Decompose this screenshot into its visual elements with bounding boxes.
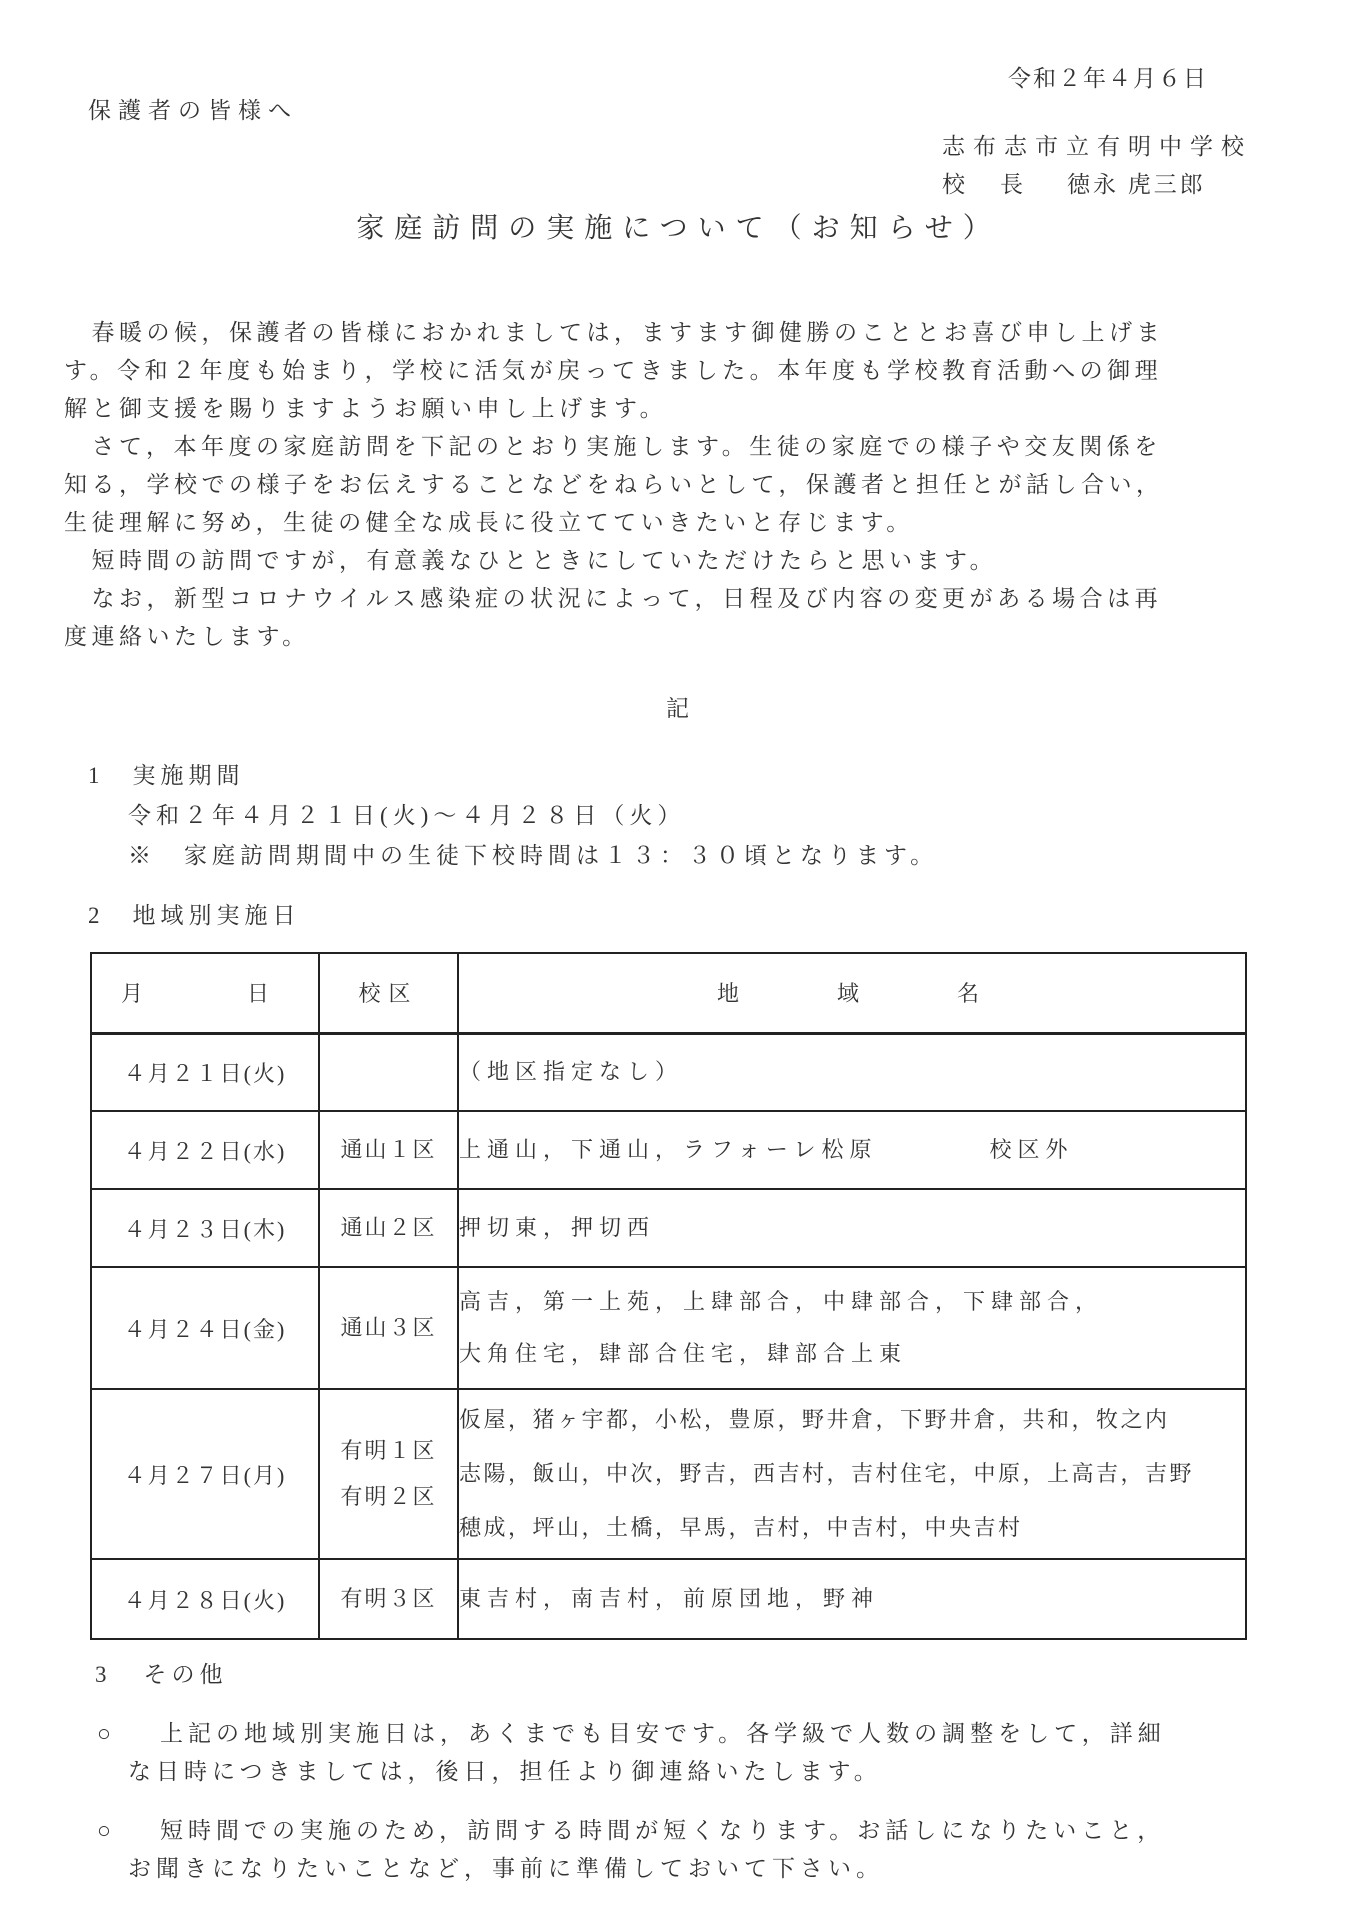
body-line: さて，本年度の家庭訪問を下記のとおり実施します。生徒の家庭での様子や交友関係を <box>64 428 1224 466</box>
other-item-line: お聞きになりたいことなど，事前に準備しておいて下さい。 <box>128 1850 1166 1888</box>
schedule-header-row: 月 日 校区 地 域 名 <box>91 953 1246 1033</box>
area-note: 校区外 <box>989 1137 1073 1162</box>
schedule-date-cell: ４月２２日(水) <box>91 1111 319 1189</box>
other-item: ○短時間での実施のため，訪問する時間が短くなります。お話しになりたいこと，お聞き… <box>95 1812 1166 1888</box>
district-line: 通山３区 <box>320 1305 457 1351</box>
area-line: 仮屋，猪ヶ宇都，小松，豊原，野井倉，下野井倉，共和，牧之内 <box>459 1393 1245 1447</box>
district-line: 有明３区 <box>320 1576 457 1622</box>
body-line: 知る，学校での様子をお伝えすることなどをねらいとして，保護者と担任とが話し合い， <box>64 466 1224 504</box>
schedule-district-cell: 通山１区 <box>319 1111 458 1189</box>
body-line: 生徒理解に努め，生徒の健全な成長に役立てていきたいと存じます。 <box>64 504 1224 542</box>
area-line: 押切東，押切西 <box>459 1202 1245 1254</box>
schedule-district-cell: 有明３区 <box>319 1559 458 1639</box>
body-paragraphs: 春暖の候，保護者の皆様におかれましては，ますます御健勝のこととお喜び申し上げます… <box>64 314 1224 656</box>
section-2-heading-line: 2地域別実施日 <box>88 896 301 936</box>
section-3-number: 3 <box>95 1662 112 1687</box>
district-line: 有明２区 <box>320 1474 457 1520</box>
schedule-district-cell: 通山３区 <box>319 1267 458 1389</box>
body-line: 度連絡いたします。 <box>64 618 1224 656</box>
section-3-heading-line: 3その他 <box>95 1656 1166 1694</box>
schedule-table-body: ４月２１日(火)（地区指定なし）４月２２日(水)通山１区上通山，下通山，ラフォー… <box>91 1033 1246 1639</box>
circle-bullet: ○ <box>97 1812 116 1850</box>
header-district: 校区 <box>319 953 458 1033</box>
district-line: 通山２区 <box>320 1205 457 1251</box>
other-item-line: 短時間での実施のため，訪問する時間が短くなります。お話しになりたいこと， <box>128 1812 1166 1850</box>
principal-name: 徳永 虎三郎 <box>1067 172 1206 197</box>
document-page: 令和２年４月６日 保護者の皆様へ 志布志市立有明中学校 校 長徳永 虎三郎 家庭… <box>0 0 1357 1920</box>
schedule-area-cell: 仮屋，猪ヶ宇都，小松，豊原，野井倉，下野井倉，共和，牧之内志陽，飯山，中次，野吉… <box>458 1389 1246 1559</box>
header-area: 地 域 名 <box>458 953 1246 1033</box>
sender-block: 志布志市立有明中学校 校 長徳永 虎三郎 <box>942 128 1252 204</box>
body-line: 短時間の訪問ですが，有意義なひとときにしていただけたらと思います。 <box>64 542 1224 580</box>
district-line: 有明１区 <box>320 1428 457 1474</box>
body-line: 春暖の候，保護者の皆様におかれましては，ますます御健勝のこととお喜び申し上げま <box>64 314 1224 352</box>
schedule-date-cell: ４月２１日(火) <box>91 1033 319 1111</box>
schedule-date-cell: ４月２７日(月) <box>91 1389 319 1559</box>
schedule-date-cell: ４月２４日(金) <box>91 1267 319 1389</box>
schedule-row: ４月２１日(火)（地区指定なし） <box>91 1033 1246 1111</box>
schedule-district-cell: 通山２区 <box>319 1189 458 1267</box>
schedule-table: 月 日 校区 地 域 名 ４月２１日(火)（地区指定なし）４月２２日(水)通山１… <box>90 952 1247 1640</box>
principal-line: 校 長徳永 虎三郎 <box>942 166 1252 204</box>
schedule-date-cell: ４月２３日(木) <box>91 1189 319 1267</box>
document-date: 令和２年４月６日 <box>1008 60 1208 93</box>
schedule-area-cell: 東吉村，南吉村，前原団地，野神 <box>458 1559 1246 1639</box>
body-line: す。令和２年度も始まり，学校に活気が戻ってきました。本年度も学校教育活動への御理 <box>64 352 1224 390</box>
area-line: 東吉村，南吉村，前原団地，野神 <box>459 1573 1245 1625</box>
area-line: 高吉，第一上苑，上肆部合，中肆部合，下肆部合， <box>459 1276 1245 1328</box>
schedule-area-cell: （地区指定なし） <box>458 1033 1246 1111</box>
section-3: 3その他 ○上記の地域別実施日は，あくまでも目安です。各学級で人数の調整をして，… <box>95 1656 1166 1888</box>
circle-bullet: ○ <box>97 1715 116 1753</box>
area-line: （地区指定なし） <box>459 1046 1245 1098</box>
section-1: 1実施期間 令和２年４月２１日(火)～４月２８日（火） ※ 家庭訪問期間中の生徒… <box>88 756 938 876</box>
section-3-items: ○上記の地域別実施日は，あくまでも目安です。各学級で人数の調整をして，詳細な日時… <box>95 1715 1166 1888</box>
area-line: 上通山，下通山，ラフォーレ松原校区外 <box>459 1124 1245 1176</box>
body-line: 解と御支援を賜りますようお願い申し上げます。 <box>64 390 1224 428</box>
schedule-row: ４月２８日(火)有明３区東吉村，南吉村，前原団地，野神 <box>91 1559 1246 1639</box>
schedule-district-cell: 有明１区有明２区 <box>319 1389 458 1559</box>
area-line: 穂成，坪山，土橋，早馬，吉村，中吉村，中央吉村 <box>459 1501 1245 1555</box>
area-line: 志陽，飯山，中次，野吉，西吉村，吉村住宅，中原，上高吉，吉野 <box>459 1447 1245 1501</box>
section-2-heading: 地域別実施日 <box>133 903 301 928</box>
section-2-number: 2 <box>88 903 105 928</box>
recipient-line: 保護者の皆様へ <box>88 92 298 125</box>
schedule-row: ４月２２日(水)通山１区上通山，下通山，ラフォーレ松原校区外 <box>91 1111 1246 1189</box>
schedule-row: ４月２３日(木)通山２区押切東，押切西 <box>91 1189 1246 1267</box>
section-1-note: ※ 家庭訪問期間中の生徒下校時間は１３：３０頃となります。 <box>128 836 938 876</box>
section-1-period: 令和２年４月２１日(火)～４月２８日（火） <box>128 796 938 836</box>
other-item-lines: 上記の地域別実施日は，あくまでも目安です。各学級で人数の調整をして，詳細な日時に… <box>128 1715 1166 1791</box>
section-1-heading: 実施期間 <box>133 763 245 788</box>
schedule-area-cell: 押切東，押切西 <box>458 1189 1246 1267</box>
schedule-area-cell: 上通山，下通山，ラフォーレ松原校区外 <box>458 1111 1246 1189</box>
document-title: 家庭訪問の実施について（お知らせ） <box>0 206 1357 246</box>
other-item-line: な日時につきましては，後日，担任より御連絡いたします。 <box>128 1753 1166 1791</box>
other-item-lines: 短時間での実施のため，訪問する時間が短くなります。お話しになりたいこと，お聞きに… <box>128 1812 1166 1888</box>
body-line: なお，新型コロナウイルス感染症の状況によって，日程及び内容の変更がある場合は再 <box>64 580 1224 618</box>
schedule-date-cell: ４月２８日(火) <box>91 1559 319 1639</box>
district-line: 通山１区 <box>320 1127 457 1173</box>
principal-label: 校 長 <box>942 172 1029 197</box>
schedule-row: ４月２７日(月)有明１区有明２区仮屋，猪ヶ宇都，小松，豊原，野井倉，下野井倉，共… <box>91 1389 1246 1559</box>
schedule-row: ４月２４日(金)通山３区高吉，第一上苑，上肆部合，中肆部合，下肆部合，大角住宅，… <box>91 1267 1246 1389</box>
area-line: 大角住宅，肆部合住宅，肆部合上東 <box>459 1328 1245 1380</box>
ki-label: 記 <box>0 690 1357 723</box>
section-3-heading: その他 <box>144 1662 228 1687</box>
section-1-heading-line: 1実施期間 <box>88 756 938 796</box>
other-item-line: 上記の地域別実施日は，あくまでも目安です。各学級で人数の調整をして，詳細 <box>128 1715 1166 1753</box>
section-1-number: 1 <box>88 763 105 788</box>
schedule-district-cell <box>319 1033 458 1111</box>
other-item: ○上記の地域別実施日は，あくまでも目安です。各学級で人数の調整をして，詳細な日時… <box>95 1715 1166 1791</box>
school-name: 志布志市立有明中学校 <box>942 128 1252 166</box>
header-date: 月 日 <box>91 953 319 1033</box>
schedule-area-cell: 高吉，第一上苑，上肆部合，中肆部合，下肆部合，大角住宅，肆部合住宅，肆部合上東 <box>458 1267 1246 1389</box>
